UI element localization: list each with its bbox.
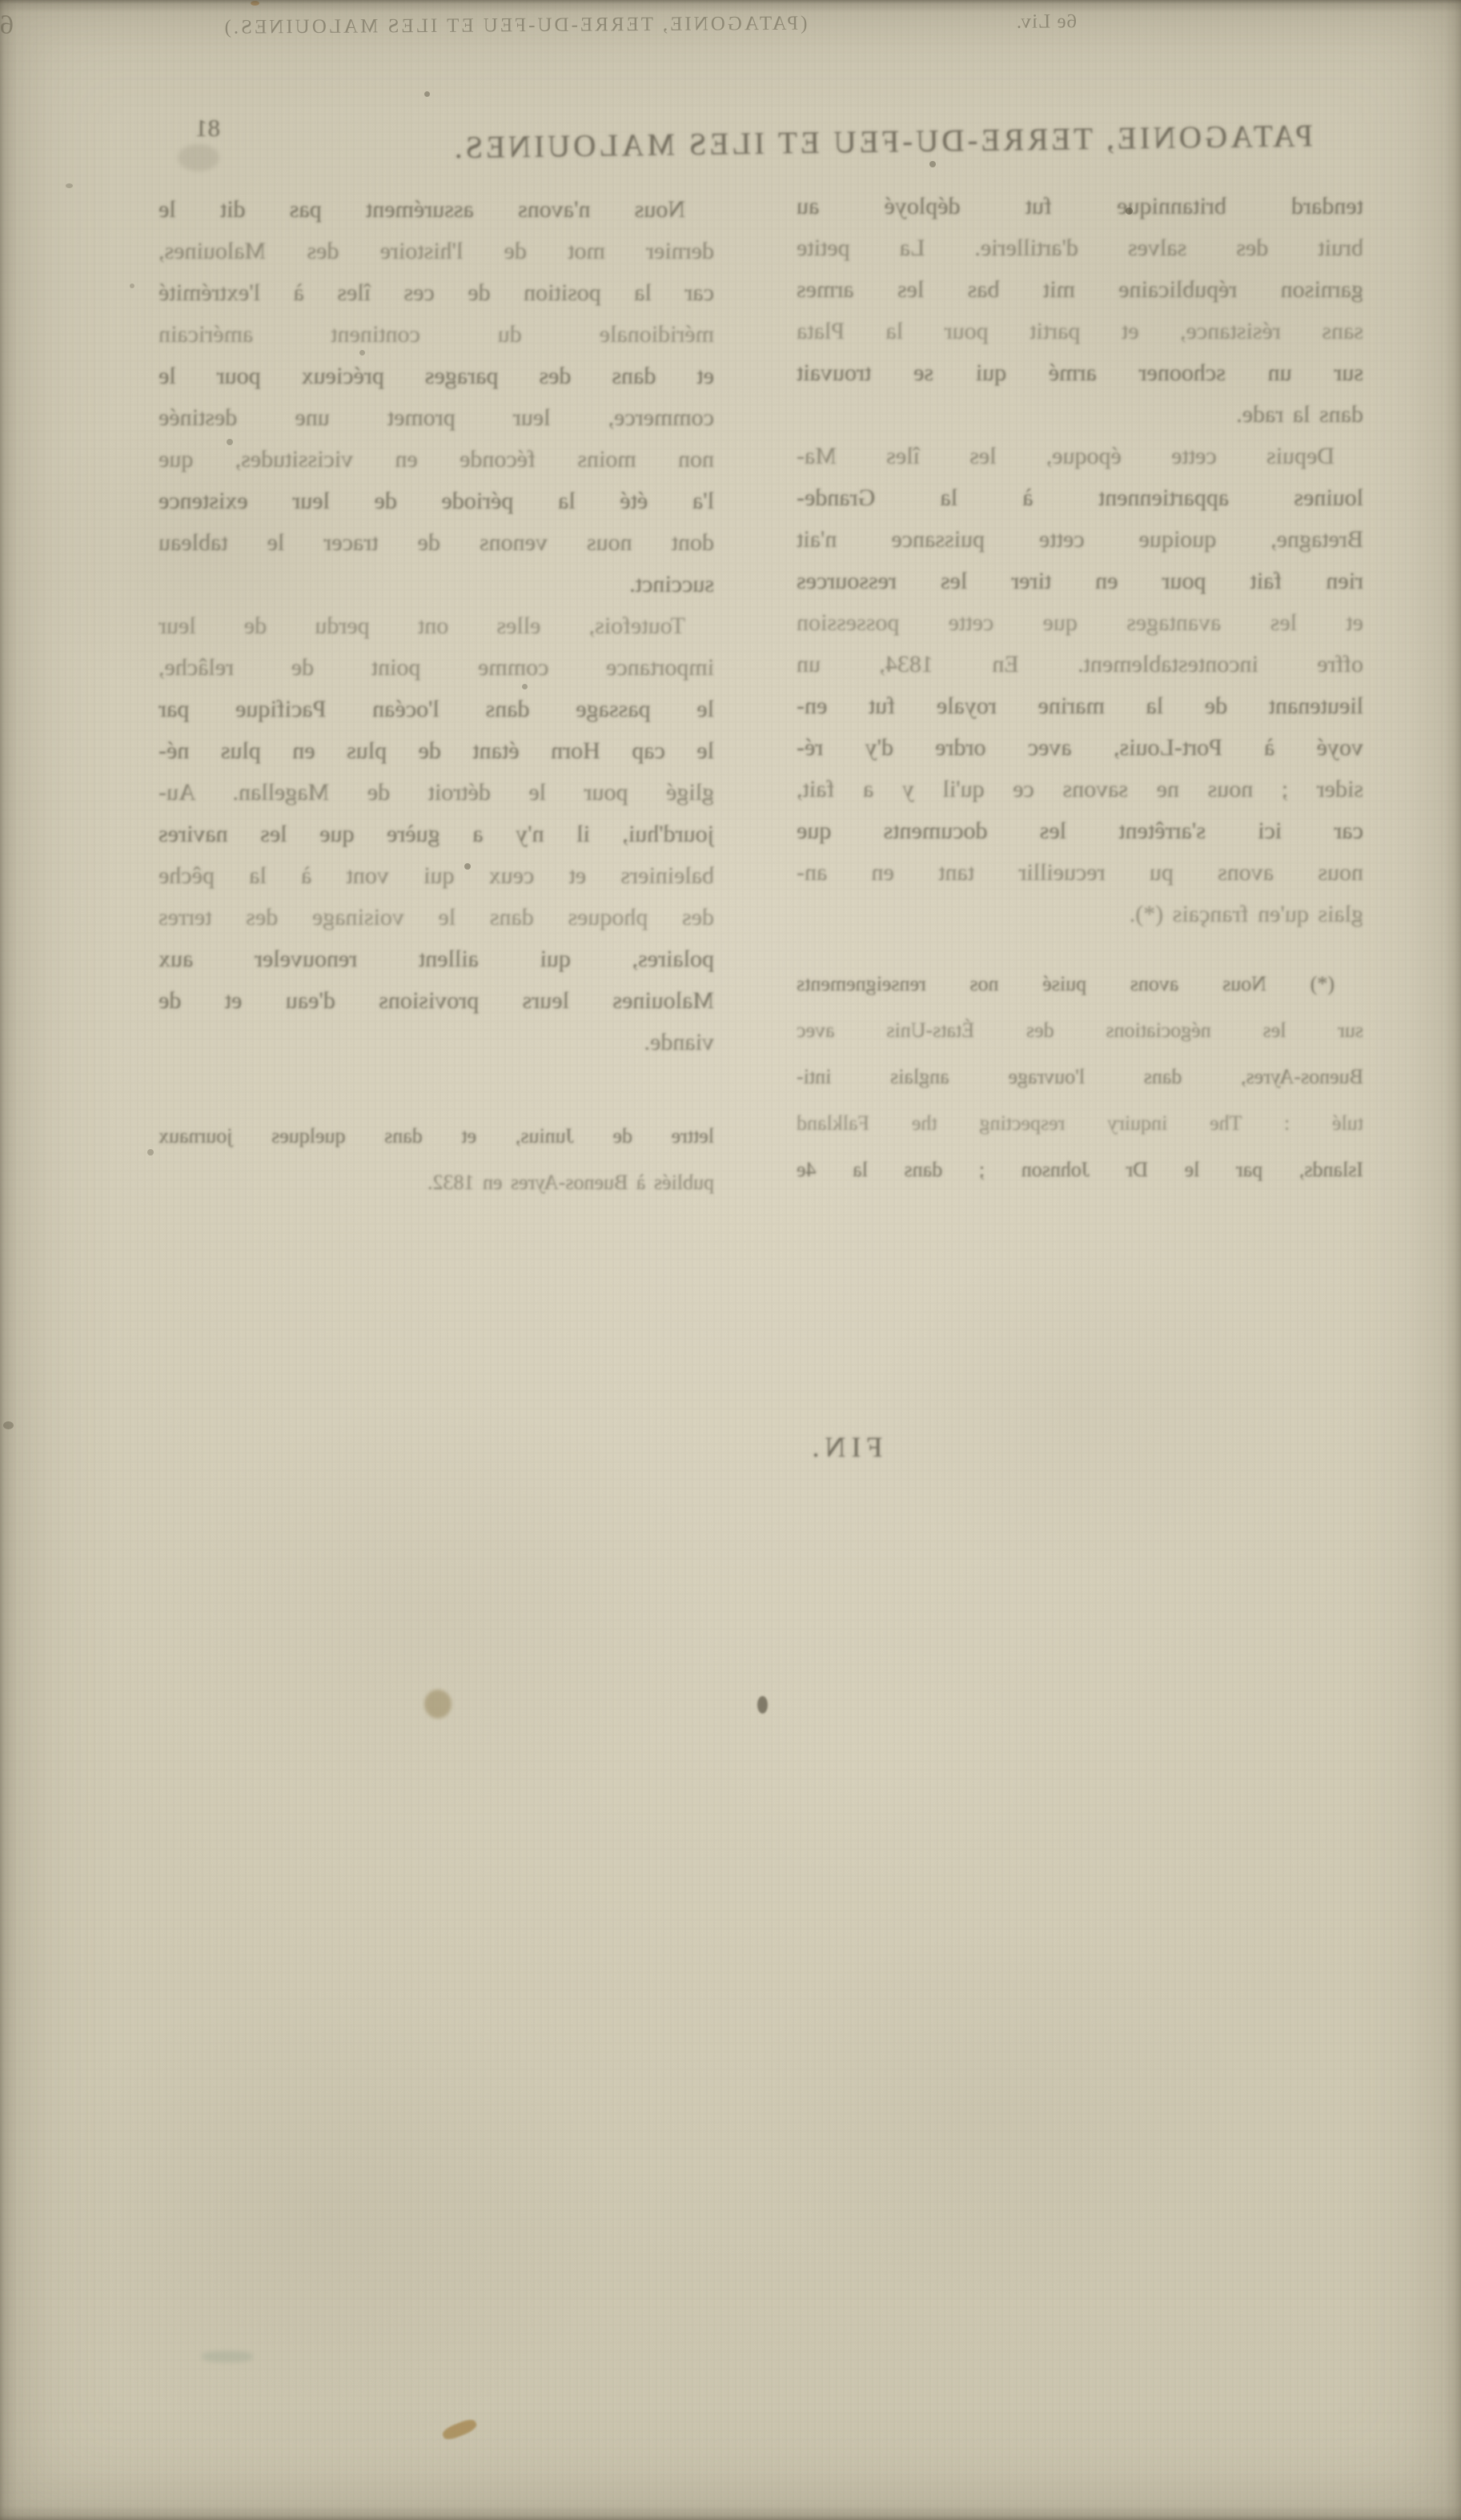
ink-speck	[147, 1149, 154, 1156]
showthrough-text-line: voyé à Port-Louis, avec ordre d'y ré-	[797, 727, 1363, 769]
showthrough-text-line: dont nous venons de tracer le tableau	[159, 522, 714, 564]
showthrough-text-line: le passage dans l'océan Pacifique par	[159, 689, 714, 730]
showthrough-page-number: 81	[164, 114, 220, 143]
showthrough-text-line: Toutefois, elles ont perdu de leur	[159, 605, 714, 647]
showthrough-text-line: sur les négociations des États-Unis avec	[797, 1007, 1363, 1054]
showthrough-text-line: sur un schooner armé qui se trouvait	[797, 352, 1363, 394]
stain-streak	[441, 2417, 479, 2442]
showthrough-text-line: tulé : The inquiry respecting the Falkla…	[797, 1100, 1363, 1147]
showthrough-text-line: des phoques dans le voisinage des terres	[159, 897, 714, 938]
showthrough-text-line: le cap Horn étant de plus en plus né-	[159, 730, 714, 772]
showthrough-text-line: rien fait pour en tirer les ressources	[797, 561, 1363, 602]
showthrough-text-line: (*) Nous avons puisé nos renseignements	[797, 961, 1363, 1007]
showthrough-text-line: sans résistance, et partit pour la Plata	[797, 311, 1363, 352]
showthrough-text-line: tendard britannique fut déployé au	[797, 186, 1363, 227]
showthrough-right-footnote: (*) Nous avons puisé nos renseignementss…	[797, 961, 1363, 1193]
foxing-spot	[424, 1690, 452, 1718]
showthrough-text-line: sider ; nous ne savons ce qu'il y a fait…	[797, 769, 1363, 810]
showthrough-text-line: publiés à Buenos-Ayres en 1832.	[159, 1160, 714, 1206]
showthrough-text-line: lieutenant de la marine royale fut en-	[797, 685, 1363, 727]
showthrough-text-line: dernier mot de l'histoire des Malouines,	[159, 231, 714, 272]
showthrough-text-line: polaires, qui aillent renouveler aux	[159, 938, 714, 980]
footer-signature: 6e Liv.	[1016, 10, 1077, 34]
showthrough-text-line: dans la rade.	[797, 394, 1363, 436]
showthrough-left-footnote: lettre de Junius, et dans quelques journ…	[159, 1113, 714, 1206]
ink-speck	[3, 1421, 14, 1429]
showthrough-text-line: Depuis cette époque, les îles Ma-	[797, 436, 1363, 477]
showthrough-text-line: gligé pour le détroit de Magellan. Au-	[159, 772, 714, 814]
showthrough-text-line: non moins féconde en vicissitudes, que	[159, 439, 714, 480]
showthrough-text-line: succinct.	[159, 564, 714, 605]
showthrough-text-line: Islands, par le Dr Johnson ; dans la 4e	[797, 1147, 1363, 1193]
showthrough-text-line: et dans des parages précieux pour le	[159, 356, 714, 397]
showthrough-text-line: Nous n'avons assurément pas dit le	[159, 189, 714, 231]
showthrough-text-line: bruit des salves d'artillerie. La petite	[797, 227, 1363, 269]
showthrough-text-line: importance comme point de relâche,	[159, 647, 714, 689]
showthrough-text-line: méridionale du continent américain	[159, 314, 714, 356]
showthrough-text-line: car la position de ces îles à l'extrémit…	[159, 272, 714, 314]
scanned-book-page: PATAGONIE, TERRE-DU-FEU ET ILES MALOUINE…	[0, 0, 1461, 2520]
ink-speck	[424, 91, 430, 97]
showthrough-text-line: jourd'hui, il n'y a guère que les navire…	[159, 814, 714, 855]
showthrough-footer: 6e Liv. (PATAGONIE, TERRE-DU-FEU ET ILES…	[0, 0, 1077, 41]
showthrough-text-line: offre incontestablement. En 1834, un	[797, 644, 1363, 685]
footer-title: (PATAGONIE, TERRE-DU-FEU ET ILES MALOUIN…	[222, 13, 807, 39]
showthrough-text-line: viande.	[159, 1022, 714, 1063]
showthrough-text-line: et les avantages que cette possession	[797, 602, 1363, 644]
showthrough-text-line: nous avons pu recueillir tant en an-	[797, 852, 1363, 894]
stain-smudge	[178, 144, 219, 171]
showthrough-text-line: Malouines leurs provisions d'eau et de	[159, 980, 714, 1022]
showthrough-left-column: Nous n'avons assurément pas dit ledernie…	[159, 189, 714, 1063]
ink-speck	[130, 283, 134, 288]
stain-smudge	[202, 2351, 253, 2362]
showthrough-text-line: garnison républicaine mit bas les armes	[797, 269, 1363, 311]
showthrough-header: PATAGONIE, TERRE-DU-FEU ET ILES MALOUINE…	[284, 118, 1314, 175]
showthrough-text-line: Buenos-Ayres, dans l'ouvrage anglais int…	[797, 1054, 1363, 1100]
showthrough-running-title: PATAGONIE, TERRE-DU-FEU ET ILES MALOUINE…	[284, 118, 1314, 175]
showthrough-right-column: tendard britannique fut déployé aubruit …	[797, 186, 1363, 935]
showthrough-text-line: car ici s'arrêtent les documents que	[797, 810, 1363, 852]
showthrough-text-line: lettre de Junius, et dans quelques journ…	[159, 1113, 714, 1160]
showthrough-text-line: Bretagne, quoique cette puissance n'ait	[797, 519, 1363, 561]
foxing-spot	[757, 1696, 768, 1714]
showthrough-text-line: louines appartiennent à la Grande-	[797, 477, 1363, 519]
showthrough-text-line: baleiniers et ceux qui vont à la pêche	[159, 855, 714, 897]
ink-speck	[66, 183, 73, 188]
showthrough-fin-label: FIN.	[785, 1430, 905, 1464]
showthrough-text-line: l'a été la période de leur existence	[159, 480, 714, 522]
footer-sheet-number: 6	[0, 10, 14, 41]
showthrough-text-line: commerce, leur promet une destinée	[159, 397, 714, 439]
showthrough-text-line: glais qu'en français (*).	[797, 894, 1363, 935]
